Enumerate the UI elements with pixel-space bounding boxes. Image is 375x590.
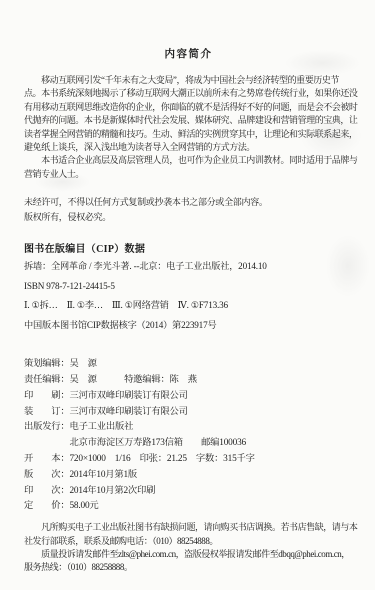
paragraph-line: 本书适合企业高层及高层管理人员，也可作为企业员工内训教材。同时适用于品牌与: [24, 154, 353, 167]
publisher-address-line: 北京市海淀区万寿路173信箱 邮编100036: [24, 436, 353, 452]
printer-line: 印 刷：三河市双峰印刷装订有限公司: [24, 389, 353, 405]
service-note-line: 凡所购买电子工业出版社图书有缺损问题，请向购买书店调换。若书店售缺，请与本: [24, 521, 353, 534]
paragraph-line: 代抛弃的问题。本书是新媒体时代社会发展、媒体研究、品牌建设和营销管理的宝典，让: [24, 114, 353, 127]
publisher-line: 出版发行：电子工业出版社: [24, 420, 353, 436]
book-copyright-page: 内容简介 移动互联网引发“千年未有之大变局”，将成为中国社会与经济转型的重要历史…: [0, 0, 375, 590]
copyright-notice-line: 未经许可，不得以任何方式复制或抄袭本书之部分或全部内容。: [24, 195, 353, 210]
responsible-editor-line: 责任编辑：吴 源 特邀编辑：陈 燕: [24, 373, 353, 389]
service-note-line: 社发行部联系，联系及邮购电话：（010）88254888。: [24, 535, 353, 548]
paragraph-line: 有用移动互联网思维改造你的企业，你面临的就不是活得好不好的问题，而是会不会被时: [24, 101, 353, 114]
content-summary-paragraph: 移动互联网引发“千年未有之大变局”，将成为中国社会与经济转型的重要历史节 点。本…: [24, 74, 353, 181]
planning-editor-line: 策划编辑：吴 源: [24, 357, 353, 373]
cip-classification-line: Ⅰ. ①拆… Ⅱ. ①李… Ⅲ. ①网络营销 Ⅳ. ①F713.36: [24, 296, 353, 316]
paragraph-line: 营销专业人士。: [24, 168, 353, 181]
paragraph-line: 读者掌握全网营销的精髓和技巧。生动、鲜活的实例贯穿其中，让理论和实际联系起来，: [24, 128, 353, 141]
service-note-line: 服务热线：（010）88258888。: [24, 561, 353, 574]
edition-line: 版 次：2014年10月第1版: [24, 468, 353, 484]
purchase-service-note: 凡所购买电子工业出版社图书有缺损问题，请向购买书店调换。若书店售缺，请与本 社发…: [24, 521, 353, 575]
copyright-notice: 未经许可，不得以任何方式复制或抄袭本书之部分或全部内容。 版权所有，侵权必究。: [24, 195, 353, 224]
service-note-line: 质量投诉请发邮件至zlts@phei.com.cn，盗版侵权举报请发邮件至dbq…: [24, 548, 353, 561]
content-summary-heading: 内容简介: [24, 46, 353, 61]
cip-record-number-line: 中国版本图书馆CIP数据核字（2014）第223917号: [24, 316, 353, 336]
paragraph-line: 移动互联网引发“千年未有之大变局”，将成为中国社会与经济转型的重要历史节: [24, 74, 353, 87]
paragraph-line: 点。本书系统深刻地揭示了移动互联网大潮正以前所未有之势席卷传统行业，如果你还没: [24, 87, 353, 100]
colophon: 策划编辑：吴 源 责任编辑：吴 源 特邀编辑：陈 燕 印 刷：三河市双峰印刷装订…: [24, 357, 353, 515]
printing-line: 印 次：2014年10月第2次印刷: [24, 484, 353, 500]
paragraph-line: 避免纸上谈兵，深入浅出地为读者导入全网营销的方式方法。: [24, 141, 353, 154]
price-line: 定 价：58.00元: [24, 499, 353, 515]
cip-title-line: 拆墙：全网革命 / 李光斗著. --北京：电子工业出版社，2014.10: [24, 257, 353, 277]
binder-line: 装 订：三河市双峰印刷装订有限公司: [24, 405, 353, 421]
cip-data-heading: 图书在版编目（CIP）数据: [24, 240, 353, 255]
format-line: 开 本：720×1000 1/16 印张：21.25 字数：315千字: [24, 452, 353, 468]
copyright-notice-line: 版权所有，侵权必究。: [24, 210, 353, 225]
cip-data-block: 拆墙：全网革命 / 李光斗著. --北京：电子工业出版社，2014.10 ISB…: [24, 257, 353, 335]
isbn-line: ISBN 978-7-121-24415-5: [24, 277, 353, 297]
